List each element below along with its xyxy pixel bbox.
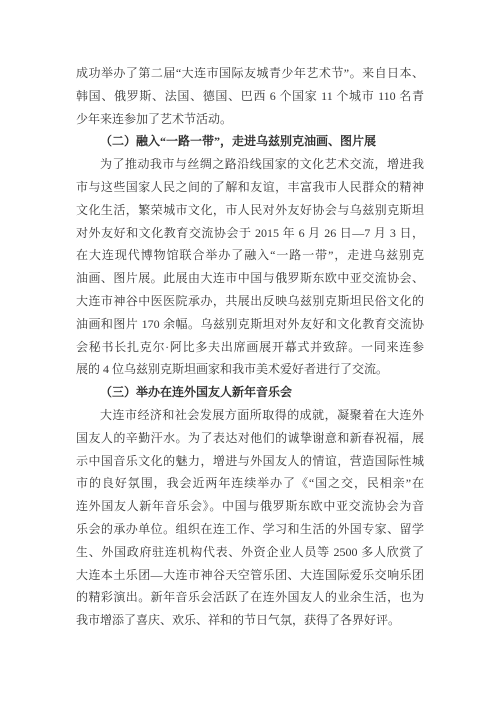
- body-line: 示中国音乐文化的魅力，增进与外国友人的情谊，营造国际性城: [76, 450, 424, 473]
- document-page: 成功举办了第二届“大连市国际友城青少年艺术节”。来自日本、韩国、俄罗斯、法国、德…: [0, 0, 500, 707]
- body-line: 我市增添了喜庆、欢乐、祥和的节日气氛，获得了各界好评。: [76, 609, 424, 632]
- body-line: 国友人的辛勤汗水。为了表达对他们的诚挚谢意和新春祝福，展: [76, 427, 424, 450]
- body-line: 成功举办了第二届“大连市国际友城青少年艺术节”。来自日本、: [76, 62, 424, 85]
- body-line: 大连本土乐团—大连市神谷天空管乐团、大连国际爱乐交响乐团: [76, 564, 424, 587]
- section-heading: （三）举办在连外国友人新年音乐会: [76, 381, 424, 404]
- body-line: 为了推动我市与丝绸之路沿线国家的文化艺术交流，增进我: [76, 153, 424, 176]
- body-line: 市的良好氛围，我会近两年连续举办了《“国之交，民相亲”在: [76, 472, 424, 495]
- body-line: 油画、图片展。此展由大连市中国与俄罗斯东欧中亚交流协会、: [76, 267, 424, 290]
- body-line: 乐会的承办单位。组织在连工作、学习和生活的外国专家、留学: [76, 518, 424, 541]
- body-line: 在大连现代博物馆联合举办了融入“一路一带”，走进乌兹别克: [76, 244, 424, 267]
- body-line: 的精彩演出。新年音乐会活跃了在连外国友人的业余生活，也为: [76, 586, 424, 609]
- body-line: 大连市经济和社会发展方面所取得的成就，凝聚着在大连外: [76, 404, 424, 427]
- section-heading: （二）融入“一路一带”，走进乌兹别克油画、图片展: [76, 130, 424, 153]
- text-block: 成功举办了第二届“大连市国际友城青少年艺术节”。来自日本、韩国、俄罗斯、法国、德…: [76, 62, 424, 632]
- body-line: 对外友好和文化教育交流协会于 2015 年 6 月 26 日—7 月 3 日，: [76, 222, 424, 245]
- body-line: 会秘书长扎克尔·阿比多夫出席画展开幕式并致辞。一同来连参: [76, 336, 424, 359]
- body-line: 文化生活，繁荣城市文化，市人民对外友好协会与乌兹别克斯坦: [76, 199, 424, 222]
- body-line: 韩国、俄罗斯、法国、德国、巴西 6 个国家 11 个城市 110 名青: [76, 85, 424, 108]
- body-line: 大连市神谷中医医院承办，共展出反映乌兹别克斯坦民俗文化的: [76, 290, 424, 313]
- body-line: 连外国友人新年音乐会》。中国与俄罗斯东欧中亚交流协会为音: [76, 495, 424, 518]
- body-line: 市与这些国家人民之间的了解和友谊，丰富我市人民群众的精神: [76, 176, 424, 199]
- body-line: 生、外国政府驻连机构代表、外资企业人员等 2500 多人欣赏了: [76, 541, 424, 564]
- body-line: 油画和图片 170 余幅。乌兹别克斯坦对外友好和文化教育交流协: [76, 313, 424, 336]
- body-line: 展的 4 位乌兹别克斯坦画家和我市美术爱好者进行了交流。: [76, 358, 424, 381]
- body-line: 少年来连参加了艺术节活动。: [76, 108, 424, 131]
